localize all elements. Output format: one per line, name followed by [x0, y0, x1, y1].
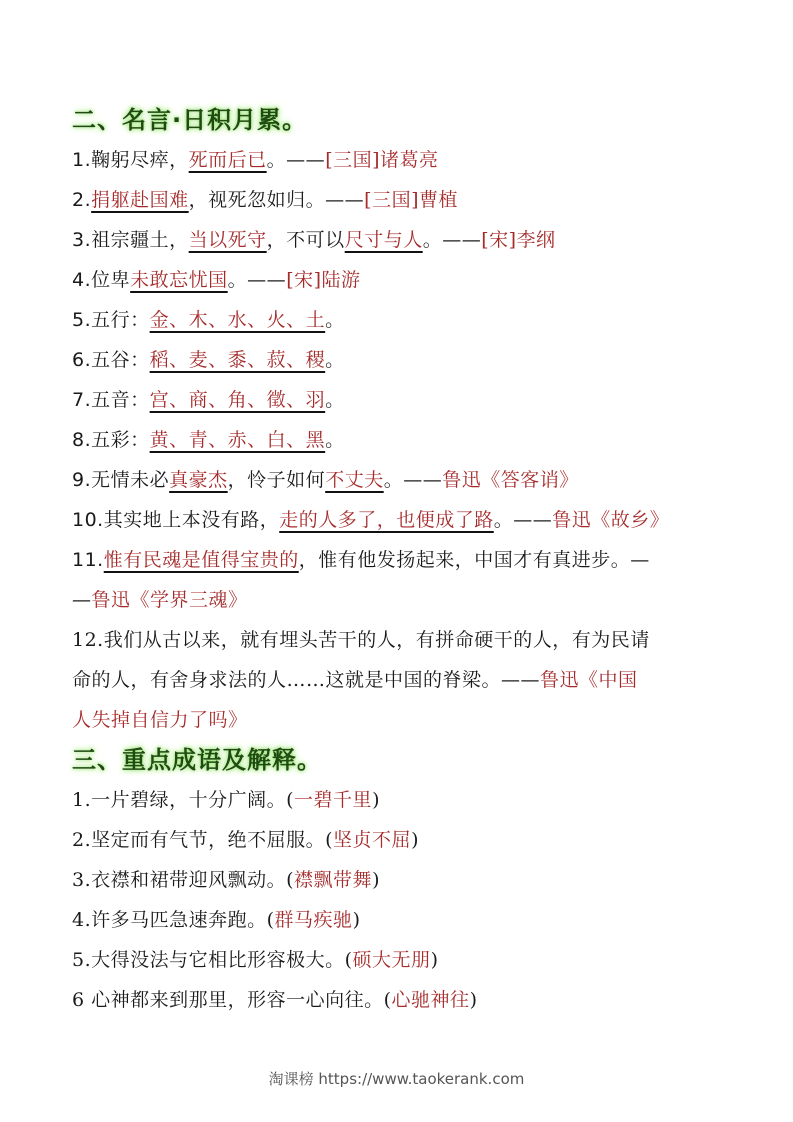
- close-paren: ): [372, 789, 380, 811]
- quote-underlined: 捐躯赴国难: [91, 189, 189, 211]
- quote-item-9: 9.无情未必真豪杰，怜子如何不丈夫。——鲁迅《答客诮》: [72, 460, 732, 500]
- quote-text: 。——: [228, 269, 287, 291]
- quote-text: 。——: [384, 469, 443, 491]
- quote-source: 鲁迅《故乡》: [552, 509, 669, 531]
- quote-text: 五谷：: [91, 349, 150, 371]
- quote-underlined: 金、木、水、火、土: [150, 309, 326, 331]
- quote-underlined: 死而后已: [189, 149, 267, 171]
- quote-item-2: 2.捐躯赴国难，视死忽如归。——[三国]曹植: [72, 180, 732, 220]
- quote-text: ，视死忽如归。——: [189, 189, 365, 211]
- idiom-item-4: 4.许多马匹急速奔跑。(群马疾驰): [72, 900, 732, 940]
- quote-item-8: 8.五彩：黄、青、赤、白、黑。: [72, 420, 732, 460]
- idiom-definition: 1.一片碧绿，十分广阔。(: [72, 789, 294, 811]
- quote-text: ，怜子如何: [228, 469, 326, 491]
- quote-text: 其实地上本没有路，: [104, 509, 280, 531]
- quote-item-4: 4.位卑未敢忘忧国。——[宋]陆游: [72, 260, 732, 300]
- idiom-item-6: 6 心神都来到那里，形容一心向往。(心驰神往): [72, 980, 732, 1020]
- idiom-answer: 群马疾驰: [275, 909, 353, 931]
- idiom-definition: 2.坚定而有气节，绝不屈服。(: [72, 829, 333, 851]
- quote-underlined: 宫、商、角、徵、羽: [150, 389, 326, 411]
- quote-text: 无情未必: [91, 469, 169, 491]
- close-paren: ): [470, 989, 478, 1011]
- close-paren: ): [372, 869, 380, 891]
- quote-underlined: 未敢忘忧国: [130, 269, 228, 291]
- quote-text: 鞠躬尽瘁，: [91, 149, 189, 171]
- quote-text: 。——: [423, 229, 482, 251]
- quote-item-10: 10.其实地上本没有路，走的人多了，也便成了路。——鲁迅《故乡》: [72, 500, 732, 540]
- quote-text: 。——: [494, 509, 553, 531]
- quote-underlined: 黄、青、赤、白、黑: [150, 429, 326, 451]
- idiom-answer: 硕大无朋: [353, 949, 431, 971]
- idioms-list: 1.一片碧绿，十分广阔。(一碧千里)2.坚定而有气节，绝不屈服。(坚贞不屈)3.…: [72, 780, 732, 1020]
- quote-item-11: 11.惟有民魂是值得宝贵的，惟有他发扬起来，中国才有真进步。—: [72, 540, 732, 580]
- idiom-answer: 一碧千里: [294, 789, 372, 811]
- idiom-answer: 坚贞不屈: [333, 829, 411, 851]
- quote-source: [三国]诸葛亮: [325, 149, 438, 171]
- quote-source: 鲁迅《学界三魂》: [92, 589, 248, 611]
- quote-text: 。——: [267, 149, 326, 171]
- quote-source: 鲁迅《中国: [540, 669, 638, 691]
- idiom-definition: 5.大得没法与它相比形容极大。(: [72, 949, 353, 971]
- quote-text: 。: [325, 429, 345, 451]
- footer-watermark: 淘课榜 https://www.taokerank.com: [0, 1068, 793, 1089]
- quote-underlined: 稻、麦、黍、菽、稷: [150, 349, 326, 371]
- quote-underlined: 不丈夫: [325, 469, 384, 491]
- quote-underlined: 走的人多了，也便成了路: [279, 509, 494, 531]
- quote-item-6: 6.五谷：稻、麦、黍、菽、稷。: [72, 340, 732, 380]
- quote-source: [宋]李纲: [481, 229, 555, 251]
- quote-item-3: 3.祖宗疆土，当以死守，不可以尺寸与人。——[宋]李纲: [72, 220, 732, 260]
- quote-text: 位卑: [91, 269, 130, 291]
- quote-text: 。: [325, 309, 345, 331]
- quote-source: [宋]陆游: [286, 269, 360, 291]
- quote-underlined: 尺寸与人: [345, 229, 423, 251]
- quote-text: ，不可以: [267, 229, 345, 251]
- idiom-item-2: 2.坚定而有气节，绝不屈服。(坚贞不屈): [72, 820, 732, 860]
- quote-item-1: 1.鞠躬尽瘁，死而后已。——[三国]诸葛亮: [72, 140, 732, 180]
- close-paren: ): [431, 949, 439, 971]
- quote-text: 。: [325, 349, 345, 371]
- close-paren: ): [411, 829, 419, 851]
- quote-item-5: 5.五行：金、木、水、火、土。: [72, 300, 732, 340]
- section-heading-idioms: 三、重点成语及解释。: [72, 740, 732, 780]
- quote-underlined: 当以死守: [189, 229, 267, 251]
- idiom-item-1: 1.一片碧绿，十分广阔。(一碧千里): [72, 780, 732, 820]
- idiom-definition: 6 心神都来到那里，形容一心向往。(: [72, 989, 392, 1011]
- quote-source: [三国]曹植: [364, 189, 458, 211]
- quote-item-12-line3: 人失掉自信力了吗》: [72, 700, 732, 740]
- quote-underlined: 惟有民魂是值得宝贵的: [104, 549, 299, 571]
- idiom-item-5: 5.大得没法与它相比形容极大。(硕大无朋): [72, 940, 732, 980]
- idiom-item-3: 3.衣襟和裙带迎风飘动。(襟飘带舞): [72, 860, 732, 900]
- quote-item-11-source: —鲁迅《学界三魂》: [72, 580, 732, 620]
- idiom-answer: 襟飘带舞: [294, 869, 372, 891]
- quotes-list: 1.鞠躬尽瘁，死而后已。——[三国]诸葛亮2.捐躯赴国难，视死忽如归。——[三国…: [72, 140, 732, 540]
- quote-item-12-line2: 命的人，有舍身求法的人……这就是中国的脊梁。——鲁迅《中国: [72, 660, 732, 700]
- quote-underlined: 真豪杰: [169, 469, 228, 491]
- quote-text: 祖宗疆土，: [91, 229, 189, 251]
- section-heading-quotes: 二、名言·日积月累。: [72, 100, 732, 140]
- quote-text: 五行：: [91, 309, 150, 331]
- close-paren: ): [353, 909, 361, 931]
- idiom-definition: 3.衣襟和裙带迎风飘动。(: [72, 869, 294, 891]
- quote-item-7: 7.五音：宫、商、角、徵、羽。: [72, 380, 732, 420]
- quote-text: 。: [325, 389, 345, 411]
- quote-item-12-line1: 12.我们从古以来，就有埋头苦干的人，有拼命硬干的人，有为民请: [72, 620, 732, 660]
- quote-source: 鲁迅《答客诮》: [442, 469, 579, 491]
- quote-text: 五音：: [91, 389, 150, 411]
- idiom-answer: 心驰神往: [392, 989, 470, 1011]
- document-page: 二、名言·日积月累。 1.鞠躬尽瘁，死而后已。——[三国]诸葛亮2.捐躯赴国难，…: [72, 100, 732, 1020]
- quote-text: 五彩：: [91, 429, 150, 451]
- idiom-definition: 4.许多马匹急速奔跑。(: [72, 909, 275, 931]
